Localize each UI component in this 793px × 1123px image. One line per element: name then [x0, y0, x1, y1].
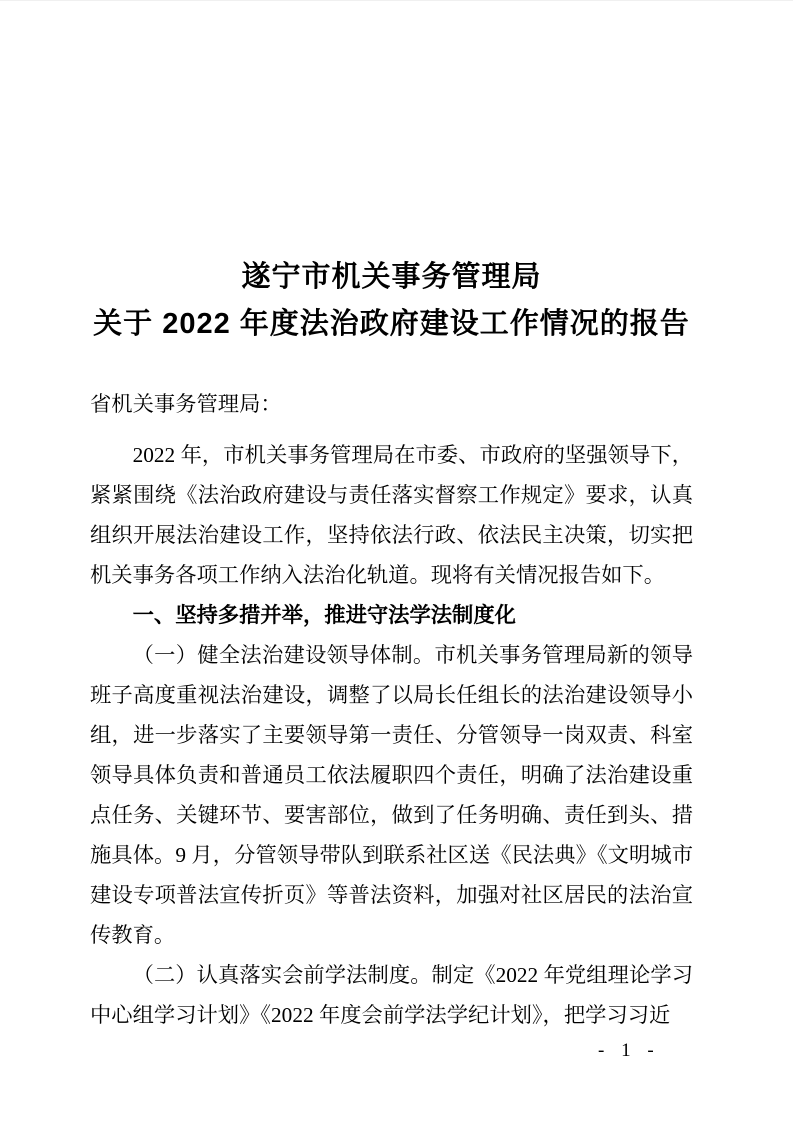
section-heading-1: 一、坚持多措并举，推进守法学法制度化	[90, 595, 693, 635]
title-line-2: 关于 2022 年度法治政府建设工作情况的报告	[90, 301, 693, 348]
paragraph-intro: 2022 年，市机关事务管理局在市委、市政府的坚强领导下，紧紧围绕《法治政府建设…	[90, 435, 693, 595]
salutation: 省机关事务管理局：	[90, 384, 693, 424]
title-line-1: 遂宁市机关事务管理局	[90, 254, 693, 301]
document-page: 遂宁市机关事务管理局 关于 2022 年度法治政府建设工作情况的报告 省机关事务…	[0, 1, 793, 1123]
paragraph-item-2: （二）认真落实会前学法制度。制定《2022 年党组理论学习中心组学习计划》《20…	[90, 955, 693, 1035]
paragraph-item-1: （一）健全法治建设领导体制。市机关事务管理局新的领导班子高度重视法治建设，调整了…	[90, 635, 693, 955]
page-number: - 1 -	[598, 1039, 660, 1063]
document-title: 遂宁市机关事务管理局 关于 2022 年度法治政府建设工作情况的报告	[90, 254, 693, 348]
